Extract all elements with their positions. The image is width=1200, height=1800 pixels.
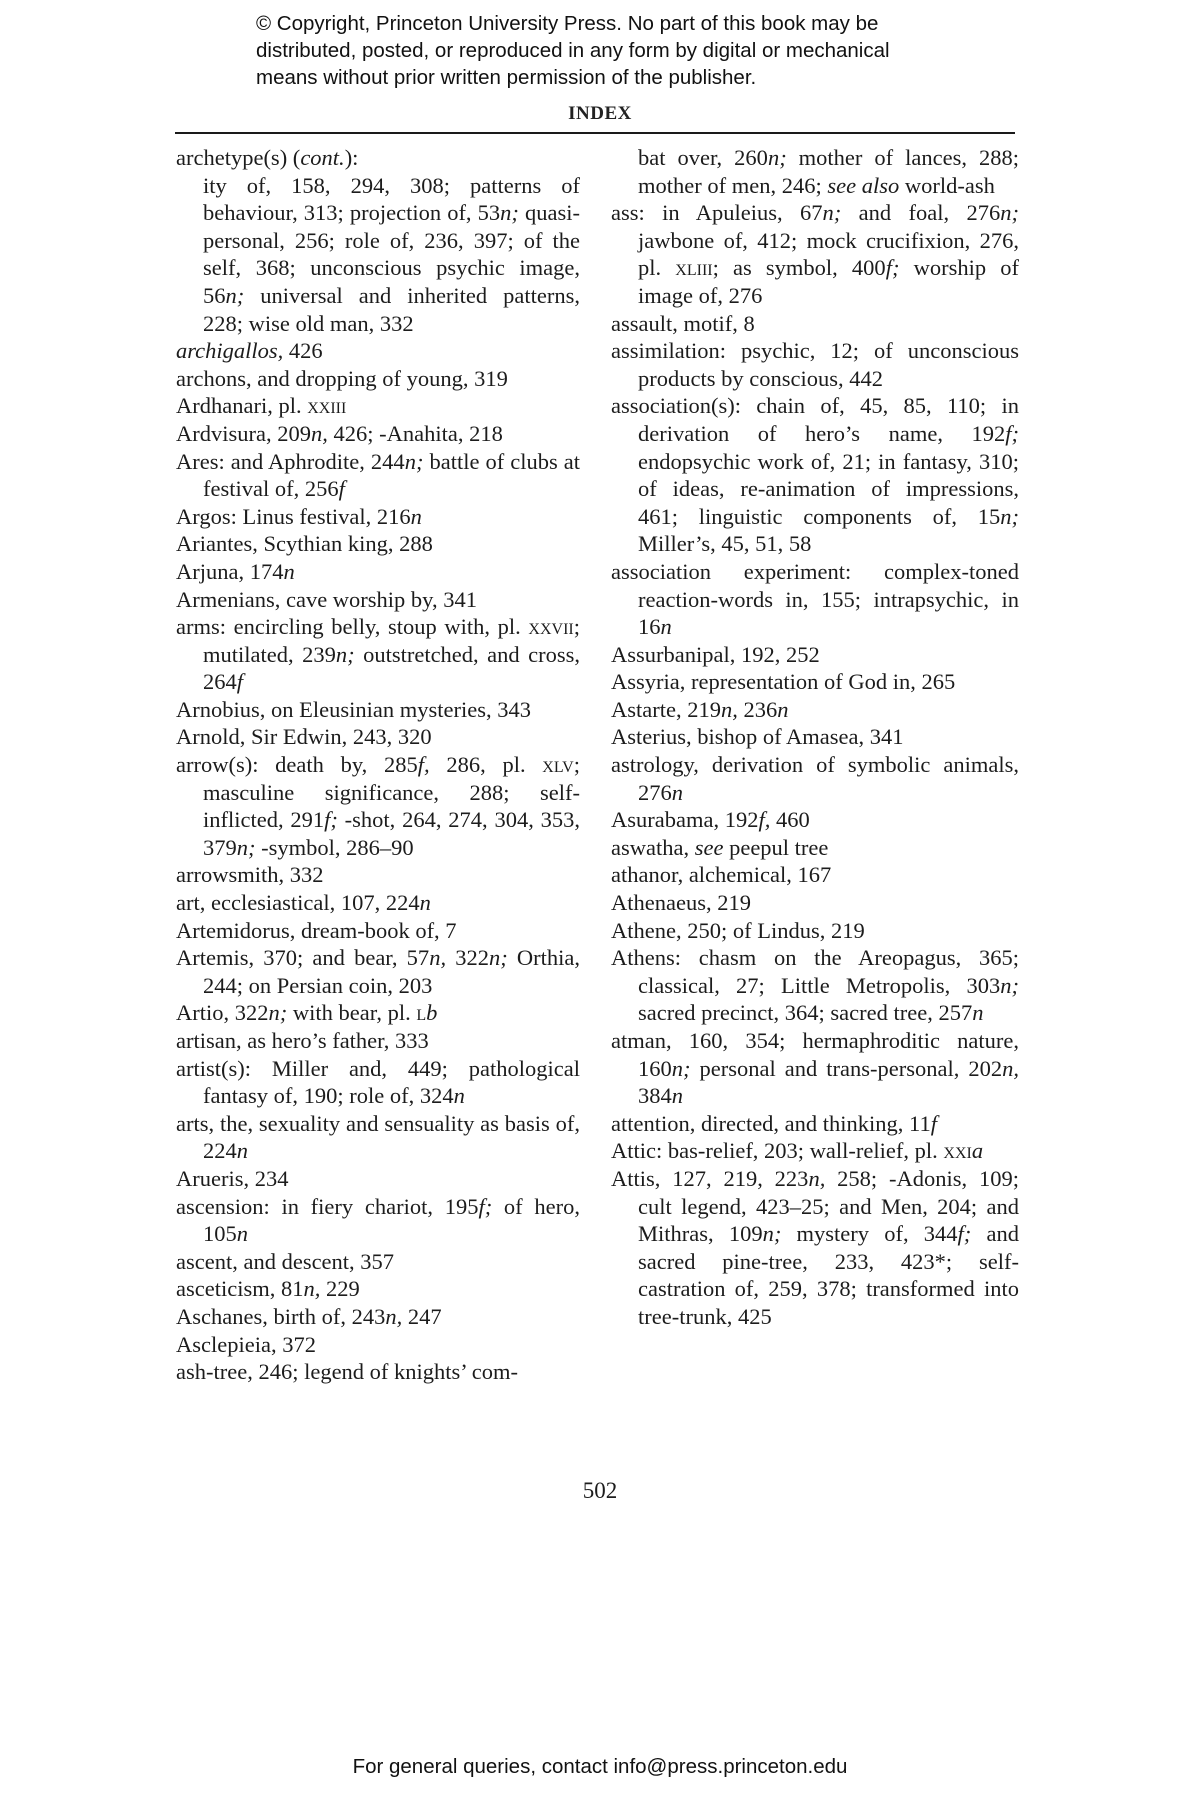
index-entry: Arnold, Sir Edwin, 243, 320 <box>176 723 580 751</box>
index-entry: Armenians, cave worship by, 341 <box>176 586 580 614</box>
index-entry: ass: in Apuleius, 67n; and foal, 276n; j… <box>611 199 1019 309</box>
index-entry: arts, the, sexuality and sensuality as b… <box>176 1110 580 1165</box>
index-entry: Ardvisura, 209n, 426; -Anahita, 218 <box>176 420 580 448</box>
index-entry: arrowsmith, 332 <box>176 861 580 889</box>
index-entry: astrology, derivation of symbolic animal… <box>611 751 1019 806</box>
index-entry: arms: encircling belly, stoup with, pl. … <box>176 613 580 696</box>
copyright-notice: © Copyright, Princeton University Press.… <box>256 10 1016 91</box>
index-entry: ascent, and descent, 357 <box>176 1248 580 1276</box>
index-entry: ascension: in fiery chariot, 195f; of he… <box>176 1193 580 1248</box>
index-column-right: bat over, 260n; mother of lances, 288; m… <box>611 144 1019 1331</box>
header-rule <box>175 132 1015 134</box>
copyright-line: distributed, posted, or reproduced in an… <box>256 37 1016 64</box>
index-entry: association(s): chain of, 45, 85, 110; i… <box>611 392 1019 558</box>
index-entry: Attis, 127, 219, 223n, 258; -Adonis, 109… <box>611 1165 1019 1331</box>
index-column-left: archetype(s) (cont.):ity of, 158, 294, 3… <box>176 144 580 1386</box>
index-entry: assault, motif, 8 <box>611 310 1019 338</box>
index-entry: aswatha, see peepul tree <box>611 834 1019 862</box>
index-entry: Argos: Linus festival, 216n <box>176 503 580 531</box>
index-entry: Athens: chasm on the Areopagus, 365; cla… <box>611 944 1019 1027</box>
index-entry: Athene, 250; of Lindus, 219 <box>611 917 1019 945</box>
index-entry: Asclepieia, 372 <box>176 1331 580 1359</box>
index-entry: artist(s): Miller and, 449; pathological… <box>176 1055 580 1110</box>
index-entry: Arnobius, on Eleusinian mysteries, 343 <box>176 696 580 724</box>
index-entry: ash-tree, 246; legend of knights’ com- <box>176 1358 580 1386</box>
index-entry: Asterius, bishop of Amasea, 341 <box>611 723 1019 751</box>
running-head: INDEX <box>0 103 1200 125</box>
index-entry: Asurabama, 192f, 460 <box>611 806 1019 834</box>
index-entry: artisan, as hero’s father, 333 <box>176 1027 580 1055</box>
footer-contact: For general queries, contact info@press.… <box>0 1755 1200 1779</box>
index-entry: Aschanes, birth of, 243n, 247 <box>176 1303 580 1331</box>
index-entry: Artio, 322n; with bear, pl. lb <box>176 999 580 1027</box>
index-entry: attention, directed, and thinking, 11f <box>611 1110 1019 1138</box>
index-entry: Attic: bas-relief, 203; wall-relief, pl.… <box>611 1137 1019 1165</box>
page-number: 502 <box>0 1478 1200 1504</box>
index-entry: athanor, alchemical, 167 <box>611 861 1019 889</box>
index-entry: archons, and dropping of young, 319 <box>176 365 580 393</box>
index-entry: Artemidorus, dream-book of, 7 <box>176 917 580 945</box>
index-entry: Arjuna, 174n <box>176 558 580 586</box>
index-entry-continued: bat over, 260n; mother of lances, 288; m… <box>611 144 1019 199</box>
index-entry: asceticism, 81n, 229 <box>176 1275 580 1303</box>
index-entry: arrow(s): death by, 285f, 286, pl. xlv; … <box>176 751 580 861</box>
index-entry: association experiment: complex-toned re… <box>611 558 1019 641</box>
index-entry: Assyria, representation of God in, 265 <box>611 668 1019 696</box>
index-heading: archetype(s) (cont.): <box>176 144 580 172</box>
index-entry: art, ecclesiastical, 107, 224n <box>176 889 580 917</box>
index-entry: assimilation: psychic, 12; of unconsciou… <box>611 337 1019 392</box>
index-entry: Ares: and Aphrodite, 244n; battle of clu… <box>176 448 580 503</box>
index-entry: Astarte, 219n, 236n <box>611 696 1019 724</box>
index-entry: archigallos, 426 <box>176 337 580 365</box>
index-entry: atman, 160, 354; hermaphroditic nature, … <box>611 1027 1019 1110</box>
index-entry: Ardhanari, pl. xxiii <box>176 392 580 420</box>
index-entry-continued: ity of, 158, 294, 308; patterns of behav… <box>176 172 580 338</box>
index-entry: Athenaeus, 219 <box>611 889 1019 917</box>
index-entry: Arueris, 234 <box>176 1165 580 1193</box>
index-entry: Assurbanipal, 192, 252 <box>611 641 1019 669</box>
copyright-line: means without prior written permission o… <box>256 64 1016 91</box>
index-entry: Artemis, 370; and bear, 57n, 322n; Orthi… <box>176 944 580 999</box>
copyright-line: © Copyright, Princeton University Press.… <box>256 10 1016 37</box>
index-entry: Ariantes, Scythian king, 288 <box>176 530 580 558</box>
